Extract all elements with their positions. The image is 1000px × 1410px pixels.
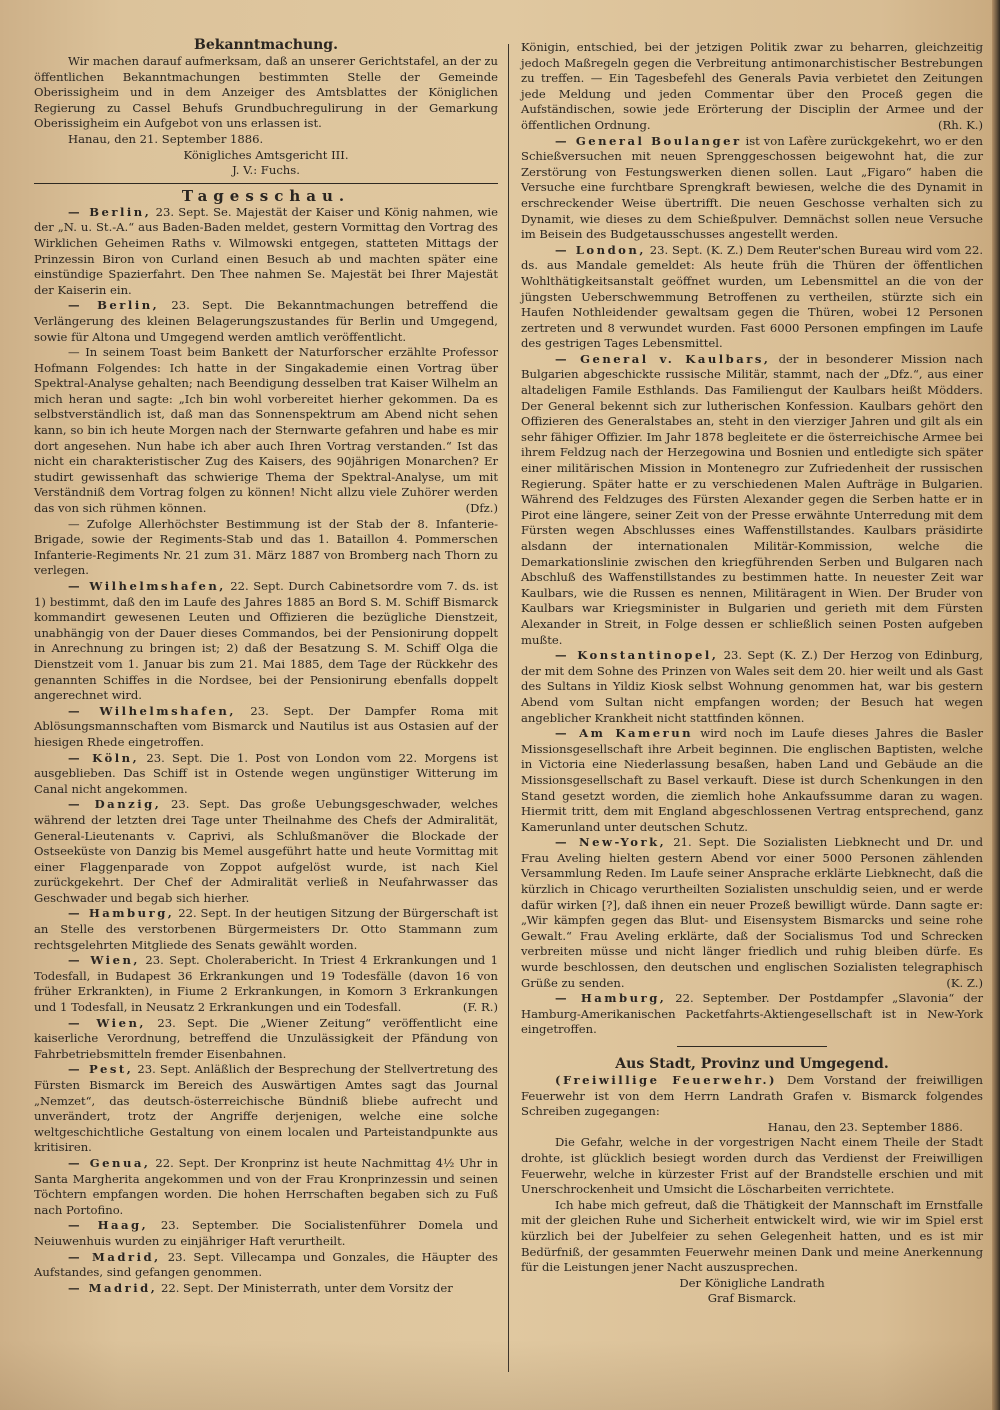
news-item-text: 23. Sept. (K. Z.) Dem Reuter'schen Burea… [521,243,983,351]
left-column: Bekanntmachung. Wir machen darauf aufmer… [34,36,498,1296]
section-divider [34,183,498,184]
news-item-dateline: — General Boulanger [555,134,742,148]
news-item-text: 23. Sept. Das große Uebungsgeschwader, w… [34,797,498,905]
news-item-dateline: — Madrid, [68,1281,157,1295]
local-intro-label: (Freiwillige Feuerwehr.) [555,1073,777,1087]
news-item: — Berlin, 23. Sept. Se. Majestät der Kai… [34,205,498,299]
local-divider [677,1046,827,1047]
news-item-dateline: — Pest, [68,1062,133,1076]
news-item-text: wird noch im Laufe dieses Jahres die Bas… [521,726,983,834]
letter-paragraph-2: Ich habe mich gefreut, daß die Thätigkei… [521,1198,983,1276]
news-item-dateline: — Köln, [68,751,139,765]
news-item-dateline: — Konstantinopel, [555,648,718,662]
news-item: — Wilhelmshafen, 23. Sept. Der Dampfer R… [34,704,498,751]
news-item-dateline: — Hamburg, [68,906,174,920]
news-item-dateline: — Hamburg, [555,991,666,1005]
news-item-dateline: — Wien, [68,1016,146,1030]
news-item-dateline: — London, [555,243,646,257]
news-item-dateline: — Danzig, [68,797,161,811]
news-item: — London, 23. Sept. (K. Z.) Dem Reuter's… [521,243,983,352]
news-item-dateline: — Wilhelmshafen, [68,704,236,718]
notice-date: Hanau, den 21. September 1886. [34,132,498,148]
news-item-text: der in besonderer Mission nach Bulgarien… [521,352,983,647]
news-items-left: — Berlin, 23. Sept. Se. Majestät der Kai… [34,205,498,1297]
continuation-source: (Rh. K.) [938,118,983,134]
news-item-dateline: — Genua, [68,1156,150,1170]
news-item: — Köln, 23. Sept. Die 1. Post von London… [34,751,498,798]
news-item: — Am Kamerun wird noch im Laufe dieses J… [521,726,983,835]
letter-signature-name: Graf Bismarck. [521,1291,983,1307]
local-section-title: Aus Stadt, Provinz und Umgegend. [521,1055,983,1073]
news-item-text: — In seinem Toast beim Bankett der Natur… [34,345,498,515]
news-item-source: (Dfz.) [432,501,498,517]
right-column: Königin, entschied, bei der jetzigen Pol… [521,40,983,1307]
news-item-dateline: — New-York, [555,835,666,849]
news-item-text: ist von Lafère zurückgekehrt, wo er den … [521,134,983,242]
news-item-dateline: — Haag, [68,1218,148,1232]
continuation-paragraph: Königin, entschied, bei der jetzigen Pol… [521,40,983,134]
notice-title: Bekanntmachung. [34,36,498,54]
notice-authority: Königliches Amtsgericht III. [34,148,498,164]
letter-paragraph-1: Die Gefahr, welche in der vorgestrigen N… [521,1135,983,1197]
news-item: — Konstantinopel, 23. Sept (K. Z.) Der H… [521,648,983,726]
news-item: — Hamburg, 22. September. Der Postdampfe… [521,991,983,1038]
newspaper-page: Bekanntmachung. Wir machen darauf aufmer… [30,36,998,1376]
news-item-dateline: — Madrid, [68,1250,161,1264]
news-item: — General v. Kaulbars, der in besonderer… [521,352,983,648]
notice-signature: J. V.: Fuchs. [34,163,498,179]
news-item: — Zufolge Allerhöchster Bestimmung ist d… [34,517,498,579]
news-item: — Wilhelmshafen, 22. Sept. Durch Cabinet… [34,579,498,704]
news-item-text: 21. Sept. Die Sozialisten Liebknecht und… [521,835,983,989]
news-item-text: 22. Sept. Durch Cabinetsordre vom 7. ds.… [34,579,498,702]
section-title-tagesschau: Tagesschau. [34,187,498,205]
news-item: — In seinem Toast beim Bankett der Natur… [34,345,498,517]
paper-shade [0,1340,1000,1410]
news-item: — Pest, 23. Sept. Anläßlich der Besprech… [34,1062,498,1156]
letter-date: Hanau, den 23. September 1886. [521,1120,983,1136]
notice-body: Wir machen darauf aufmerksam, daß an uns… [34,54,498,132]
page-edge [992,0,1000,1410]
column-divider [508,44,509,1372]
local-intro: (Freiwillige Feuerwehr.) Dem Vorstand de… [521,1073,983,1120]
news-item-dateline: — Berlin, [68,298,159,312]
news-item: — Madrid, 23. Sept. Villecampa und Gonza… [34,1250,498,1281]
news-item: — New-York, 21. Sept. Die Sozialisten Li… [521,835,983,991]
continuation-text: Königin, entschied, bei der jetzigen Pol… [521,40,983,132]
letter-signature-title: Der Königliche Landrath [521,1276,983,1292]
news-item: — Wien, 23. Sept. Die „Wiener Zeitung“ v… [34,1016,498,1063]
news-item-dateline: — General v. Kaulbars, [555,352,770,366]
news-item-dateline: — Wien, [68,953,140,967]
news-item-text: — Zufolge Allerhöchster Bestimmung ist d… [34,517,498,578]
news-item-dateline: — Wilhelmshafen, [68,579,226,593]
news-item: — Hamburg, 22. Sept. In der heutigen Sit… [34,906,498,953]
news-item: — Haag, 23. September. Die Socialistenfü… [34,1218,498,1249]
news-item: — Berlin, 23. Sept. Die Bekanntmachungen… [34,298,498,345]
news-items-right: — General Boulanger ist von Lafère zurüc… [521,134,983,1038]
news-item: — Wien, 23. Sept. Cholerabericht. In Tri… [34,953,498,1015]
news-item-source: (K. Z.) [912,976,983,992]
news-item-text: 22. Sept. Der Ministerrath, unter dem Vo… [161,1281,453,1295]
news-item: — Madrid, 22. Sept. Der Ministerrath, un… [34,1281,498,1297]
news-item: — General Boulanger ist von Lafère zurüc… [521,134,983,243]
news-item: — Genua, 22. Sept. Der Kronprinz ist heu… [34,1156,498,1218]
news-item-source: (F. R.) [429,1000,498,1016]
news-item-dateline: — Am Kamerun [555,726,693,740]
news-item: — Danzig, 23. Sept. Das große Uebungsges… [34,797,498,906]
news-item-dateline: — Berlin, [68,205,151,219]
